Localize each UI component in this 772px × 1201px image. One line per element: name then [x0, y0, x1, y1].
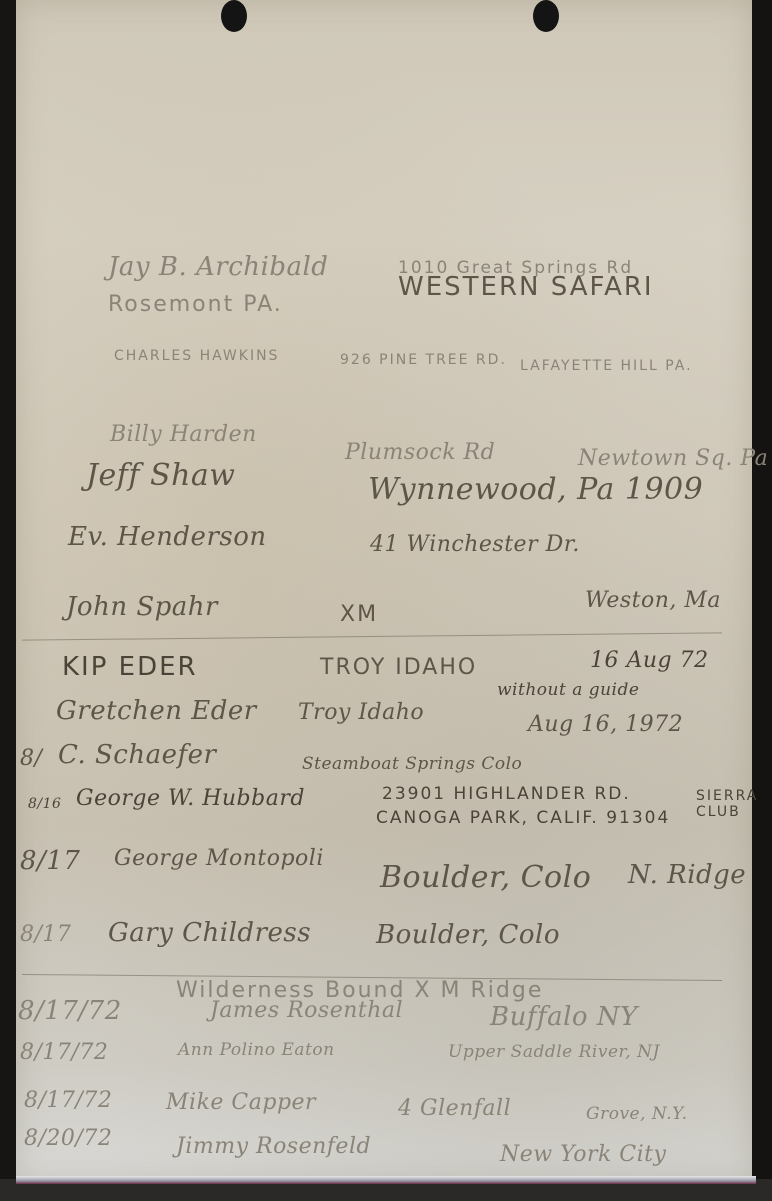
entry-name: KIP EDER	[62, 652, 198, 682]
entry-date: 8/20/72	[24, 1126, 112, 1151]
entry-note: without a guide	[497, 680, 639, 700]
entry-note: XM	[340, 602, 378, 627]
entry-date: 8/17	[20, 922, 71, 947]
entry-city: CANOGA PARK, CALIF. 91304	[376, 808, 670, 828]
entry-city: Wynnewood, Pa 1909	[368, 472, 703, 507]
entry-city: Steamboat Springs Colo	[302, 754, 522, 774]
entry-date: 8/17/72	[18, 996, 122, 1026]
entry-name: Gary Childress	[108, 918, 311, 948]
entry-name: Ann Polino Eaton	[178, 1040, 335, 1060]
entry-name: CHARLES HAWKINS	[114, 348, 279, 364]
entry-city: Buffalo NY	[490, 1002, 638, 1032]
entry-name: Jeff Shaw	[86, 458, 235, 493]
entry-note: N. Ridge	[628, 860, 746, 890]
page-bottom-edge	[16, 1176, 756, 1184]
frame-right-edge	[752, 0, 772, 1201]
entry-name: George W. Hubbard	[76, 786, 305, 811]
entry-address: Plumsock Rd	[345, 440, 495, 465]
entry-name: Jimmy Rosenfeld	[176, 1134, 371, 1159]
entry-city: New York City	[500, 1142, 666, 1167]
entry-city: Boulder, Colo	[376, 920, 560, 950]
entry-name: Billy Harden	[110, 422, 257, 447]
entry-name: James Rosenthal	[210, 998, 403, 1023]
entry-city: TROY IDAHO	[320, 655, 477, 680]
entry-city: Grove, N.Y.	[586, 1104, 688, 1124]
entry-date: 8/17	[20, 846, 80, 876]
entry-name: Ev. Henderson	[68, 522, 267, 552]
entry-note: WESTERN SAFARI	[398, 272, 654, 302]
entry-date: 8/17/72	[20, 1040, 108, 1065]
entry-address: 41 Winchester Dr.	[370, 532, 580, 557]
entry-name: John Spahr	[66, 592, 218, 622]
entry-name: Gretchen Eder	[56, 696, 257, 726]
entry-name: George Montopoli	[114, 846, 324, 871]
entry-date: 8/17/72	[24, 1088, 112, 1113]
entry-city: Rosemont PA.	[108, 292, 283, 317]
frame-left-edge	[0, 0, 16, 1201]
entry-date: 8/	[20, 746, 42, 771]
entry-city: Boulder, Colo	[380, 860, 591, 895]
entry-address: 4 Glenfall	[398, 1096, 511, 1121]
entry-date: Aug 16, 1972	[528, 712, 683, 737]
entry-city: Newtown Sq. Pa	[578, 446, 768, 471]
entry-date: 8/16	[28, 796, 61, 812]
entry-name: Mike Capper	[166, 1090, 316, 1115]
entry-note: SIERRA CLUB	[696, 788, 748, 820]
entry-city: Weston, Ma	[585, 588, 721, 613]
binder-hole-left	[221, 0, 247, 32]
entry-date: 16 Aug 72	[590, 648, 709, 673]
entry-name: Jay B. Archibald	[108, 252, 328, 282]
binder-hole-right	[533, 0, 559, 32]
entry-address: 926 PINE TREE RD.	[340, 352, 507, 368]
entry-name: C. Schaefer	[58, 740, 216, 770]
entry-city: Troy Idaho	[298, 700, 424, 725]
entry-city: Upper Saddle River, NJ	[448, 1042, 660, 1062]
entry-address: 23901 HIGHLANDER RD.	[382, 784, 631, 804]
entry-city: LAFAYETTE HILL PA.	[520, 358, 693, 374]
